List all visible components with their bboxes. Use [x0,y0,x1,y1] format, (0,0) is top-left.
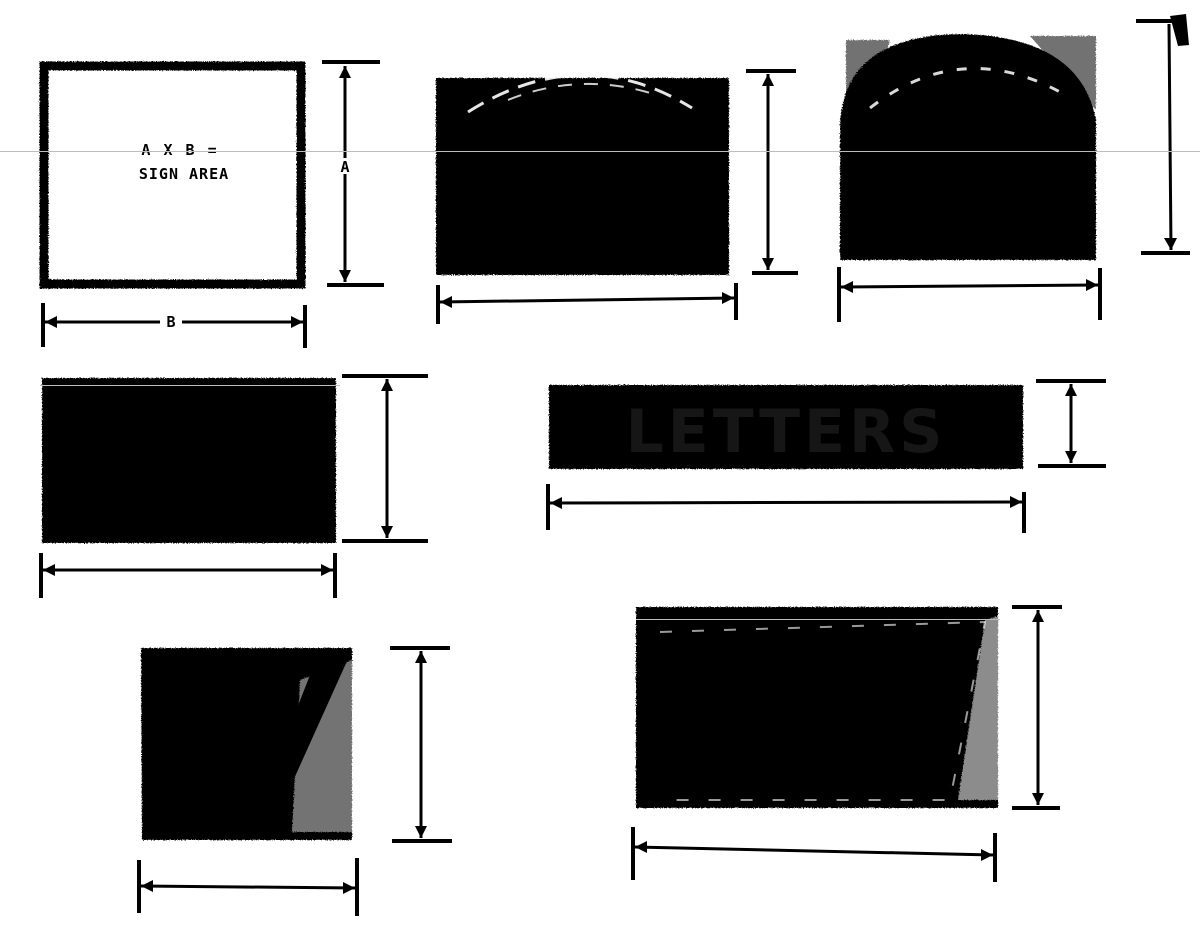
sign-example-letters-band: LETTERS [548,381,1106,533]
scan-artifact-line [636,619,1000,620]
sign-silhouette [436,78,729,275]
scan-artifact-line [0,151,1200,152]
formula-line-2: SIGN AREA [139,165,229,183]
height-dimension [342,376,428,541]
sign-example-arched-top-wide [436,71,798,324]
formula-line-1: A X B = [141,141,218,159]
sign-example-trapezoid-logo [139,648,452,916]
width-label: B [166,313,175,331]
width-dimension-b: B [43,303,305,348]
height-dimension [746,71,798,273]
height-dimension [1012,607,1062,808]
height-dimension [1036,381,1106,466]
sign-example-rectangle-outline: A X B = SIGN AREA A B [43,62,384,348]
width-dimension [548,484,1024,533]
height-dimension [390,648,452,841]
sign-example-arched-top-tall [839,14,1190,322]
scan-artifact-line [40,385,340,386]
sign-letters: LETTERS [626,397,947,467]
sign-silhouette [636,607,998,808]
sign-example-parallelogram [633,607,1062,882]
sign-silhouette [42,378,336,543]
height-dimension-a: A [322,62,384,285]
width-dimension [438,283,736,324]
width-dimension [839,267,1100,322]
height-dimension [1136,14,1190,253]
height-label: A [340,158,349,176]
width-dimension [633,827,995,882]
width-dimension [41,553,335,598]
width-dimension [139,858,357,916]
sign-area-diagram: A X B = SIGN AREA A B [0,0,1200,943]
sign-example-rectangle-solid [41,376,428,598]
